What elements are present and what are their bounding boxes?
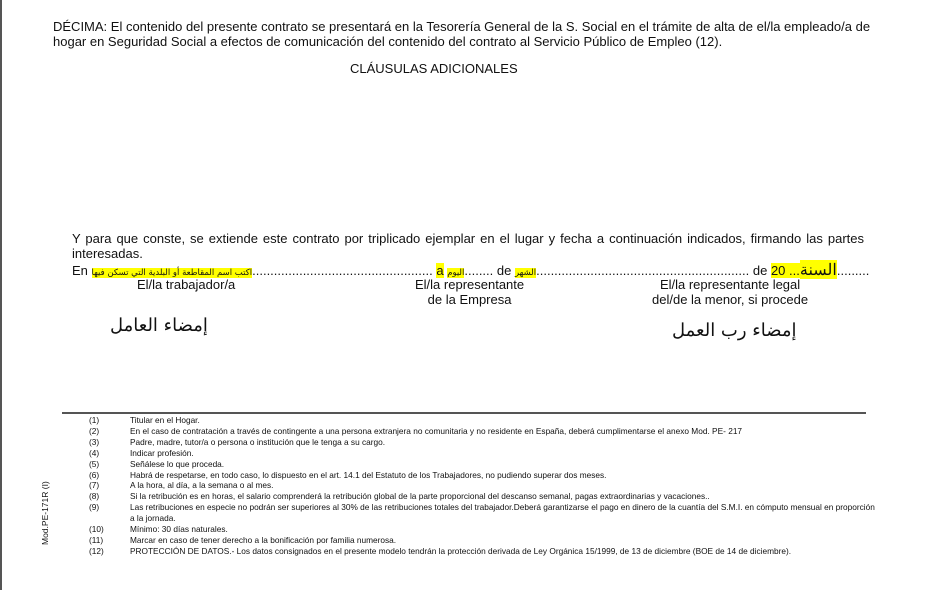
company-signature-label: El/la representante de la Empresa (415, 277, 524, 307)
footnote-number: (7) (89, 480, 130, 491)
footnote-text: En el caso de contratación a través de c… (130, 426, 880, 437)
footnote-number: (9) (89, 502, 130, 524)
employer-signature-arabic: إمضاء رب العمل (672, 320, 797, 341)
year-prefix: 20 (771, 263, 785, 278)
footnote-number: (2) (89, 426, 130, 437)
footnote-item: (4) Indicar profesión. (89, 448, 880, 459)
footnotes-list: (1)Titular en el Hogar.(2)En el caso de … (89, 415, 880, 557)
footnote-number: (3) (89, 437, 130, 448)
page-left-border (0, 0, 2, 590)
day-dots: ........ de (464, 263, 511, 278)
legal-rep-signature-label: El/la representante legal del/de la meno… (652, 277, 808, 307)
footnote-number: (12) (89, 546, 130, 557)
footnote-number: (1) (89, 415, 130, 426)
footnote-item: (1)Titular en el Hogar. (89, 415, 880, 426)
footnote-text: Mínimo: 30 días naturales. (130, 524, 880, 535)
closing-statement: Y para que conste, se extiende este cont… (72, 231, 864, 261)
footnote-text: Señálese lo que proceda. (130, 459, 880, 470)
place-dots: ........................................… (252, 263, 433, 278)
footnote-item: (2)En el caso de contratación a través d… (89, 426, 880, 437)
footnote-number: (6) (89, 470, 130, 481)
footnote-text: Las retribuciones en especie no podrán s… (130, 502, 880, 524)
footnote-item: (12)PROTECCIÓN DE DATOS.- Los datos cons… (89, 546, 880, 557)
footnote-item: (11)Marcar en caso de tener derecho a la… (89, 535, 880, 546)
footnote-item: (8)Si la retribución es en horas, el sal… (89, 491, 880, 502)
de-label: de (753, 263, 767, 278)
footnote-text: Habrá de respetarse, en todo caso, lo di… (130, 470, 880, 481)
footnote-item: (9)Las retribuciones en especie no podrá… (89, 502, 880, 524)
year-dots: ......... (837, 263, 870, 278)
footnote-item: (3)Padre, madre, tutor/a o persona o ins… (89, 437, 880, 448)
footnote-item: (7)A la hora, al día, a la semana o al m… (89, 480, 880, 491)
decima-clause: DÉCIMA: El contenido del presente contra… (53, 19, 870, 49)
footnote-number: (8) (89, 491, 130, 502)
footnote-text: A la hora, al día, a la semana o al mes. (130, 480, 880, 491)
footnote-text: Titular en el Hogar. (130, 415, 880, 426)
worker-signature-arabic: إمضاء العامل (110, 315, 208, 336)
footnote-number: (5) (89, 459, 130, 470)
a-label: a (436, 263, 443, 278)
worker-signature-label: El/la trabajador/a (137, 277, 235, 292)
footnote-item: (5)Señálese lo que proceda. (89, 459, 880, 470)
footnote-text: Marcar en caso de tener derecho a la bon… (130, 535, 880, 546)
en-label: En (72, 263, 88, 278)
month-dots: ........................................… (536, 263, 749, 278)
clausulas-adicionales-title: CLÁUSULAS ADICIONALES (350, 61, 518, 76)
decima-line-1: DÉCIMA: El contenido del presente contra… (53, 19, 870, 34)
footnote-text: Indicar profesión. (130, 448, 880, 459)
footnote-item: (6)Habrá de respetarse, en todo caso, lo… (89, 470, 880, 481)
footnote-number: (11) (89, 535, 130, 546)
footnote-number: (10) (89, 524, 130, 535)
footnote-text: Padre, madre, tutor/a o persona o instit… (130, 437, 880, 448)
footnotes-divider (62, 412, 866, 414)
footnote-item: (10)Mínimo: 30 días naturales. (89, 524, 880, 535)
decima-line-2: hogar en Seguridad Social a efectos de c… (53, 34, 870, 49)
footnote-number: (4) (89, 448, 130, 459)
footnote-text: Si la retribución es en horas, el salari… (130, 491, 880, 502)
form-code: Mod.PE-171R (I) (40, 481, 50, 545)
footnote-text: PROTECCIÓN DE DATOS.- Los datos consigna… (130, 546, 880, 557)
